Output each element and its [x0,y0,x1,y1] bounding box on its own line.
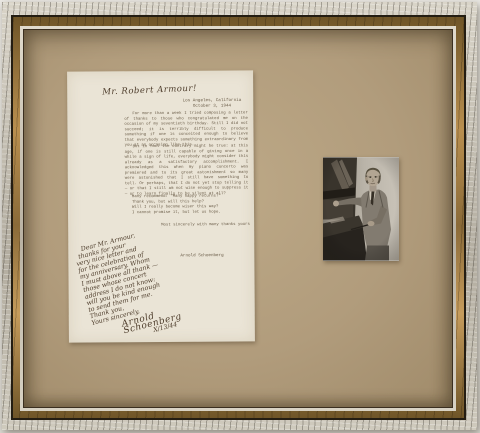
mat-board: Mr. Robert Armour! Los Angeles, Californ… [24,30,452,407]
letter-paragraph-2: But in fact the contrary might be true: … [125,143,249,196]
frame-outer-silver-band: Mr. Robert Armour! Los Angeles, Californ… [2,2,477,430]
dateline-date: October 3, 1944 [183,103,242,109]
verse-line: I cannot promise it, but let us hope. [132,209,221,215]
picture-frame: Mr. Robert Armour! Los Angeles, Californ… [2,2,477,430]
handwritten-note: Dear Mr. Armour, thanks for your very ni… [72,223,195,348]
frame-gold-band: Mr. Robert Armour! Los Angeles, Californ… [13,17,464,418]
portrait-photo [323,157,399,261]
letter: Mr. Robert Armour! Los Angeles, Californ… [67,70,255,342]
frame-inner-edge: Mr. Robert Armour! Los Angeles, Californ… [23,29,453,408]
letter-verse: Many recommend: "Many happy returns!" Th… [132,194,221,216]
letter-closing: Most sincerely with many thanks yours [161,222,250,227]
dateline: Los Angeles, California October 3, 1944 [183,97,242,108]
framed-schoenberg-letter: Mr. Robert Armour! Los Angeles, Californ… [0,0,480,433]
portrait-illustration [323,157,399,261]
frame-silver-lip: Mr. Robert Armour! Los Angeles, Californ… [20,26,456,411]
handwritten-salutation: Mr. Robert Armour! [102,83,197,97]
frame-dark-groove: Mr. Robert Armour! Los Angeles, Californ… [11,15,466,420]
letter-paragraph-1: For more than a week I tried composing a… [124,110,248,148]
photo-vignette [323,158,399,261]
typed-signature: Arnold Schoenberg [180,253,223,258]
